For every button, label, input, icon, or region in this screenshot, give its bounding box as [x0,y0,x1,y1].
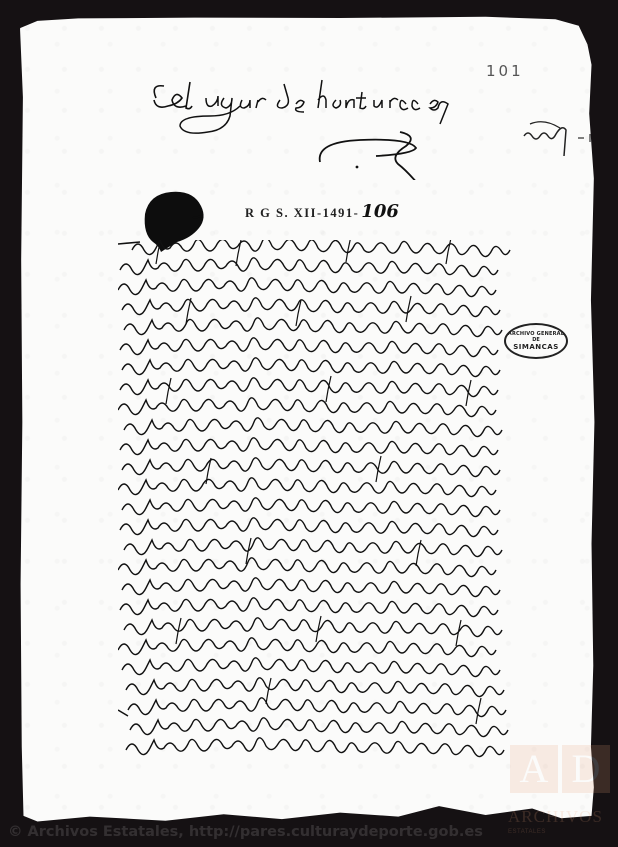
manuscript-lines [118,240,510,757]
watermark-text: ARCHIVOS [508,807,618,827]
reference-typed: R G S. XII-1491- [245,206,359,221]
handwritten-heading: El lugar de hontuvel [150,70,470,180]
copyright-text: © Archivos Estatales, http://pares.cultu… [8,824,483,840]
watermark-subtext: ESTATALES [508,829,618,835]
watermark-letter-d: D [562,745,610,793]
archivos-estatales-watermark: A D ARCHIVOS ESTATALES [504,733,618,847]
reference-handwritten-number: 106 [361,201,399,222]
margin-note-handwriting [520,118,600,158]
copyright-footer: © Archivos Estatales, http://pares.cultu… [8,824,483,840]
folio-number: 101 [486,62,524,80]
archive-reference: R G S. XII-1491- 106 [245,201,399,222]
watermark-letter-a: A [510,745,558,793]
manuscript-handwritten-body [118,240,528,770]
